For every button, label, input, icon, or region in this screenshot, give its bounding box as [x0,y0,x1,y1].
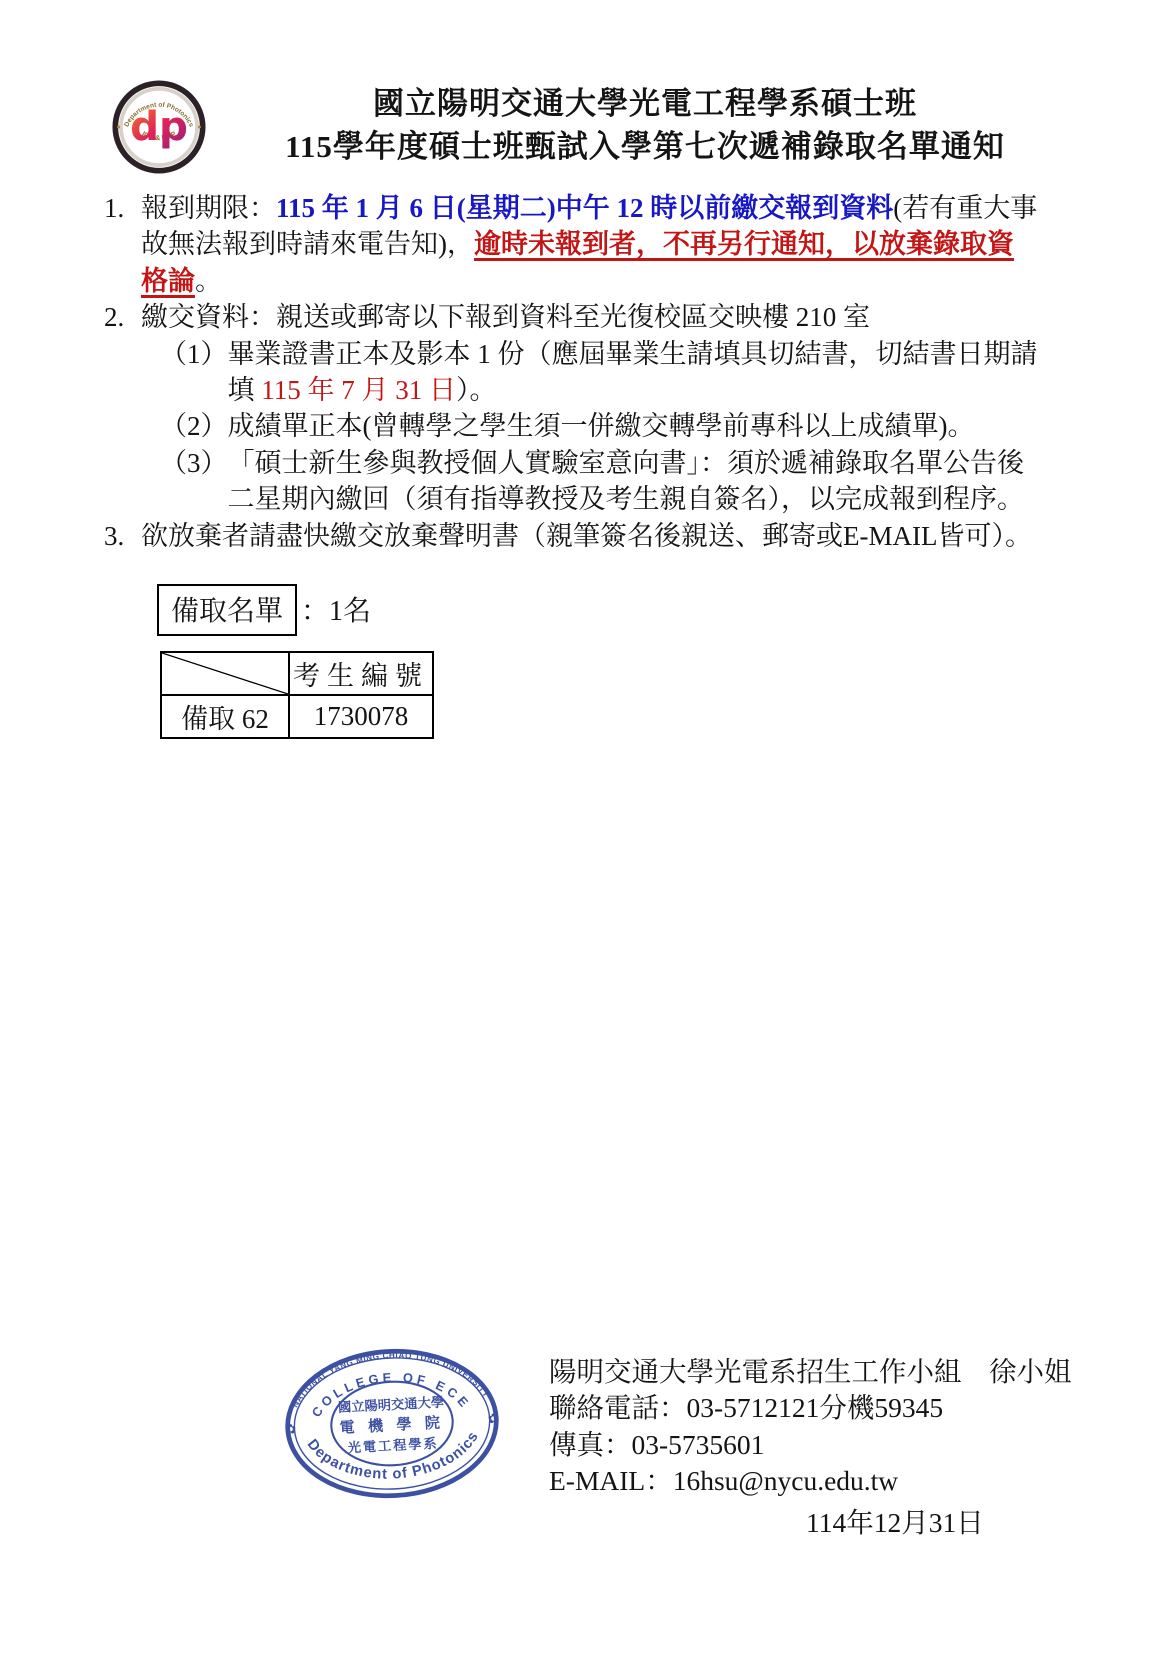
table-corner-cell [161,652,289,695]
date-highlight: 115 年 7 月 31 日 [261,375,456,405]
waitlist-table: 考生編號 備取 62 1730078 [160,651,434,739]
contact-email: E-MAIL：16hsu@nycu.edu.tw [549,1463,1072,1499]
item-1-number: 1. [104,190,141,226]
item-1-line-3: 格論。 [141,263,1054,299]
diagonal-line [162,653,288,694]
stamp-center-line-2: 電 機 學 院 [339,1413,445,1436]
item-3-line-1: 欲放棄者請盡快繳交放棄聲明書（親筆簽名後親送、郵寄或E-MAIL皆可）。 [141,518,1054,554]
item-3-number: 3. [104,518,141,554]
item-2-number: 2. [104,299,141,335]
stamp-flower-right-icon: ✿ [487,1411,499,1427]
title-line-2: 115學年度碩士班甄試入學第七次遞補錄取名單通知 [215,125,1075,168]
department-stamp: NATIONAL YANG MING CHIAO TUNG UNIVERSITY… [274,1334,510,1513]
sub-item-1: （1） 畢業證書正本及影本 1 份（應屆畢業生請填具切結書，切結書日期請 填 1… [160,336,1054,409]
stamp-center-line-1: 國立陽明交通大學 [338,1393,446,1415]
deadline-highlight: 115 年 1 月 6 日(星期二)中午 12 時以前繳交報到資料 [276,193,893,223]
contact-group: 陽明交通大學光電系招生工作小組 徐小姐 [549,1354,1072,1390]
title-line-1: 國立陽明交通大學光電工程學系碩士班 [215,82,1075,125]
table-header-row: 考生編號 [161,652,433,695]
document-title: 國立陽明交通大學光電工程學系碩士班 115學年度碩士班甄試入學第七次遞補錄取名單… [215,82,1075,168]
department-logo-icon: Department of Photonics ICO & DOP dp [112,80,206,174]
waitlist-count: ：1名 [301,596,371,627]
list-item-3: 3. 欲放棄者請盡快繳交放棄聲明書（親筆簽名後親送、郵寄或E-MAIL皆可）。 [104,518,1054,554]
stamp-center-line-3: 光電工程學系 [347,1435,439,1456]
contact-phone: 聯絡電話：03-5712121分機59345 [549,1390,1072,1426]
item-2-line-1: 繳交資料：親送或郵寄以下報到資料至光復校區交映樓 210 室 [141,299,1054,335]
table-row: 備取 62 1730078 [161,695,433,738]
contact-block: 陽明交通大學光電系招生工作小組 徐小姐 聯絡電話：03-5712121分機593… [549,1354,1072,1499]
item-1-line-2: 故無法報到時請來電告知)，逾時未報到者，不再另行通知，以放棄錄取資 [141,226,1054,262]
logo-dp-monogram: dp [130,102,188,150]
stamp-flower-left-icon: ✿ [285,1421,297,1437]
waitlist-label-box: 備取名單 [157,584,297,636]
sub-item-3: （3） 「碩士新生參與教授個人實驗室意向書」：須於遞補錄取名單公告後 二星期內繳… [160,445,1054,518]
list-item-2: 2. 繳交資料：親送或郵寄以下報到資料至光復校區交映樓 210 室 （1） 畢業… [104,299,1054,517]
contact-fax: 傳真：03-5735601 [549,1427,1072,1463]
item-1-line-1: 報到期限：115 年 1 月 6 日(星期二)中午 12 時以前繳交報到資料(若… [141,190,1054,226]
waitlist-rank-cell: 備取 62 [161,695,289,738]
candidate-id-cell: 1730078 [289,695,433,738]
document-date: 114年12月31日 [806,1500,984,1540]
table-header-candidate-id: 考生編號 [289,652,433,695]
sub-item-2: （2） 成績單正本(曾轉學之學生須一併繳交轉學前專科以上成績單)。 [160,408,1054,444]
waitlist-heading: 備取名單：1名 [157,584,371,636]
notice-list: 1. 報到期限：115 年 1 月 6 日(星期二)中午 12 時以前繳交報到資… [104,190,1054,554]
list-item-1: 1. 報到期限：115 年 1 月 6 日(星期二)中午 12 時以前繳交報到資… [104,190,1054,299]
warning-highlight: 逾時未報到者，不再另行通知，以放棄錄取資 [474,229,1014,259]
document-page: Department of Photonics ICO & DOP dp 國立陽… [0,0,1170,1654]
